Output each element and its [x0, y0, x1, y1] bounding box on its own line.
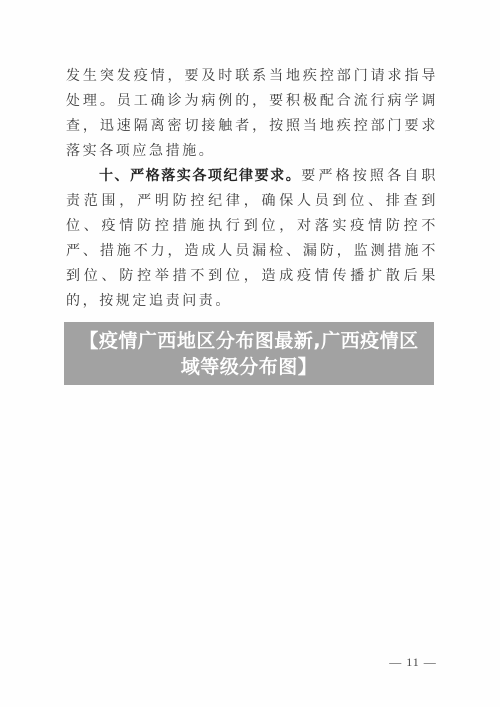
title-banner: 【疫情广西地区分布图最新,广西疫情区域等级分布图】: [64, 322, 434, 385]
paragraph-discipline-requirements: 十、严格落实各项纪律要求。要严格按照各自职责范围，严明防控纪律，确保人员到位、排…: [66, 164, 438, 314]
document-page: 发生突发疫情，要及时联系当地疾控部门请求指导处理。员工确诊为病例的，要积极配合流…: [0, 0, 500, 707]
paragraph-emergency-handling: 发生突发疫情，要及时联系当地疾控部门请求指导处理。员工确诊为病例的，要积极配合流…: [66, 64, 438, 164]
paragraph-text: 要严格按照各自职责范围，严明防控纪律，确保人员到位、排查到位、疫情防控措施执行到…: [66, 168, 438, 309]
page-number: — 11 —: [388, 655, 438, 670]
paragraph-text: 发生突发疫情，要及时联系当地疾控部门请求指导处理。员工确诊为病例的，要积极配合流…: [66, 68, 438, 159]
banner-title: 【疫情广西地区分布图最新,广西疫情区域等级分布图】: [70, 328, 428, 380]
section-heading: 十、严格落实各项纪律要求。: [99, 168, 301, 184]
document-body: 发生突发疫情，要及时联系当地疾控部门请求指导处理。员工确诊为病例的，要积极配合流…: [66, 64, 438, 314]
